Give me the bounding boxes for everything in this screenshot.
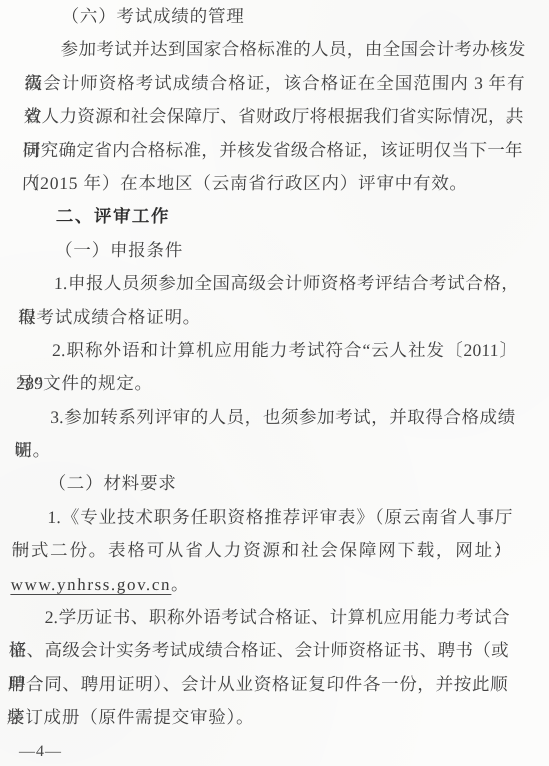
- section-heading-review-work: 二、评审工作: [20, 200, 521, 233]
- paragraph-line: 参加考试并达到国家合格标准的人员，由全国会计考办核发高: [25, 33, 526, 66]
- section-heading-exam-score-management: （六）考试成绩的管理: [26, 0, 527, 33]
- list-item-3-line: 明。: [14, 434, 515, 467]
- subsection-heading-material-requirements: （二）材料要求: [13, 467, 514, 500]
- paragraph-line: （2015 年）在本地区（云南省行政区内）评审中有效。: [21, 167, 522, 200]
- list-item-3-line: 3.参加转系列评审的人员，也须参加考试，并取得合格成绩证: [15, 401, 516, 434]
- material-item-2-line: 证、高级会计实务考试成绩合格证、会计师资格证书、聘书（或聘: [8, 634, 509, 667]
- material-item-2-line: 2.学历证书、职称外语考试合格证、计算机应用能力考试合格: [9, 601, 510, 634]
- list-item-1-line: 1.申报人员须参加全国高级会计师资格考评结合考试合格，取: [19, 267, 520, 300]
- website-url-suffix: 。: [171, 575, 189, 594]
- website-link-line: www.ynhrss.gov.cn。: [10, 568, 511, 601]
- page-number: —4—: [6, 735, 507, 766]
- material-item-1-line: 1.《专业技术职务任职资格推荐评审表》（原云南省人事厅制）: [12, 501, 513, 534]
- paragraph-line: 研究确定省内合格标准，并核发省级合格证，该证明仅当下一年内: [22, 134, 523, 167]
- list-item-1-line: 得考试成绩合格证明。: [18, 301, 519, 334]
- paragraph-line: 级会计师资格考试成绩合格证，该合格证在全国范围内 3 年有效。: [24, 67, 525, 100]
- subsection-heading-application-conditions: （一）申报条件: [20, 234, 521, 267]
- website-url: www.ynhrss.gov.cn: [10, 575, 171, 595]
- document-body: （六）考试成绩的管理 参加考试并达到国家合格标准的人员，由全国会计考办核发高 级…: [6, 0, 527, 766]
- scanned-document-page: （六）考试成绩的管理 参加考试并达到国家合格标准的人员，由全国会计考办核发高 级…: [0, 0, 549, 766]
- list-item-2-line: 号”文件的规定。: [16, 367, 517, 400]
- material-item-2-line: 用合同、聘用证明）、会计从业资格证复印件各一份，并按此顺序: [7, 668, 508, 701]
- paragraph-line: 省人力资源和社会保障厅、省财政厅将根据我们省实际情况，共同: [23, 100, 524, 133]
- material-item-1-line: 一式二份。表格可从省人力资源和社会保障网下载，网址：: [11, 534, 512, 567]
- material-item-2-line: 装订成册（原件需提交审验）。: [6, 701, 507, 734]
- list-item-2-line: 2.职称外语和计算机应用能力考试符合“云人社发〔2011〕289: [17, 334, 518, 367]
